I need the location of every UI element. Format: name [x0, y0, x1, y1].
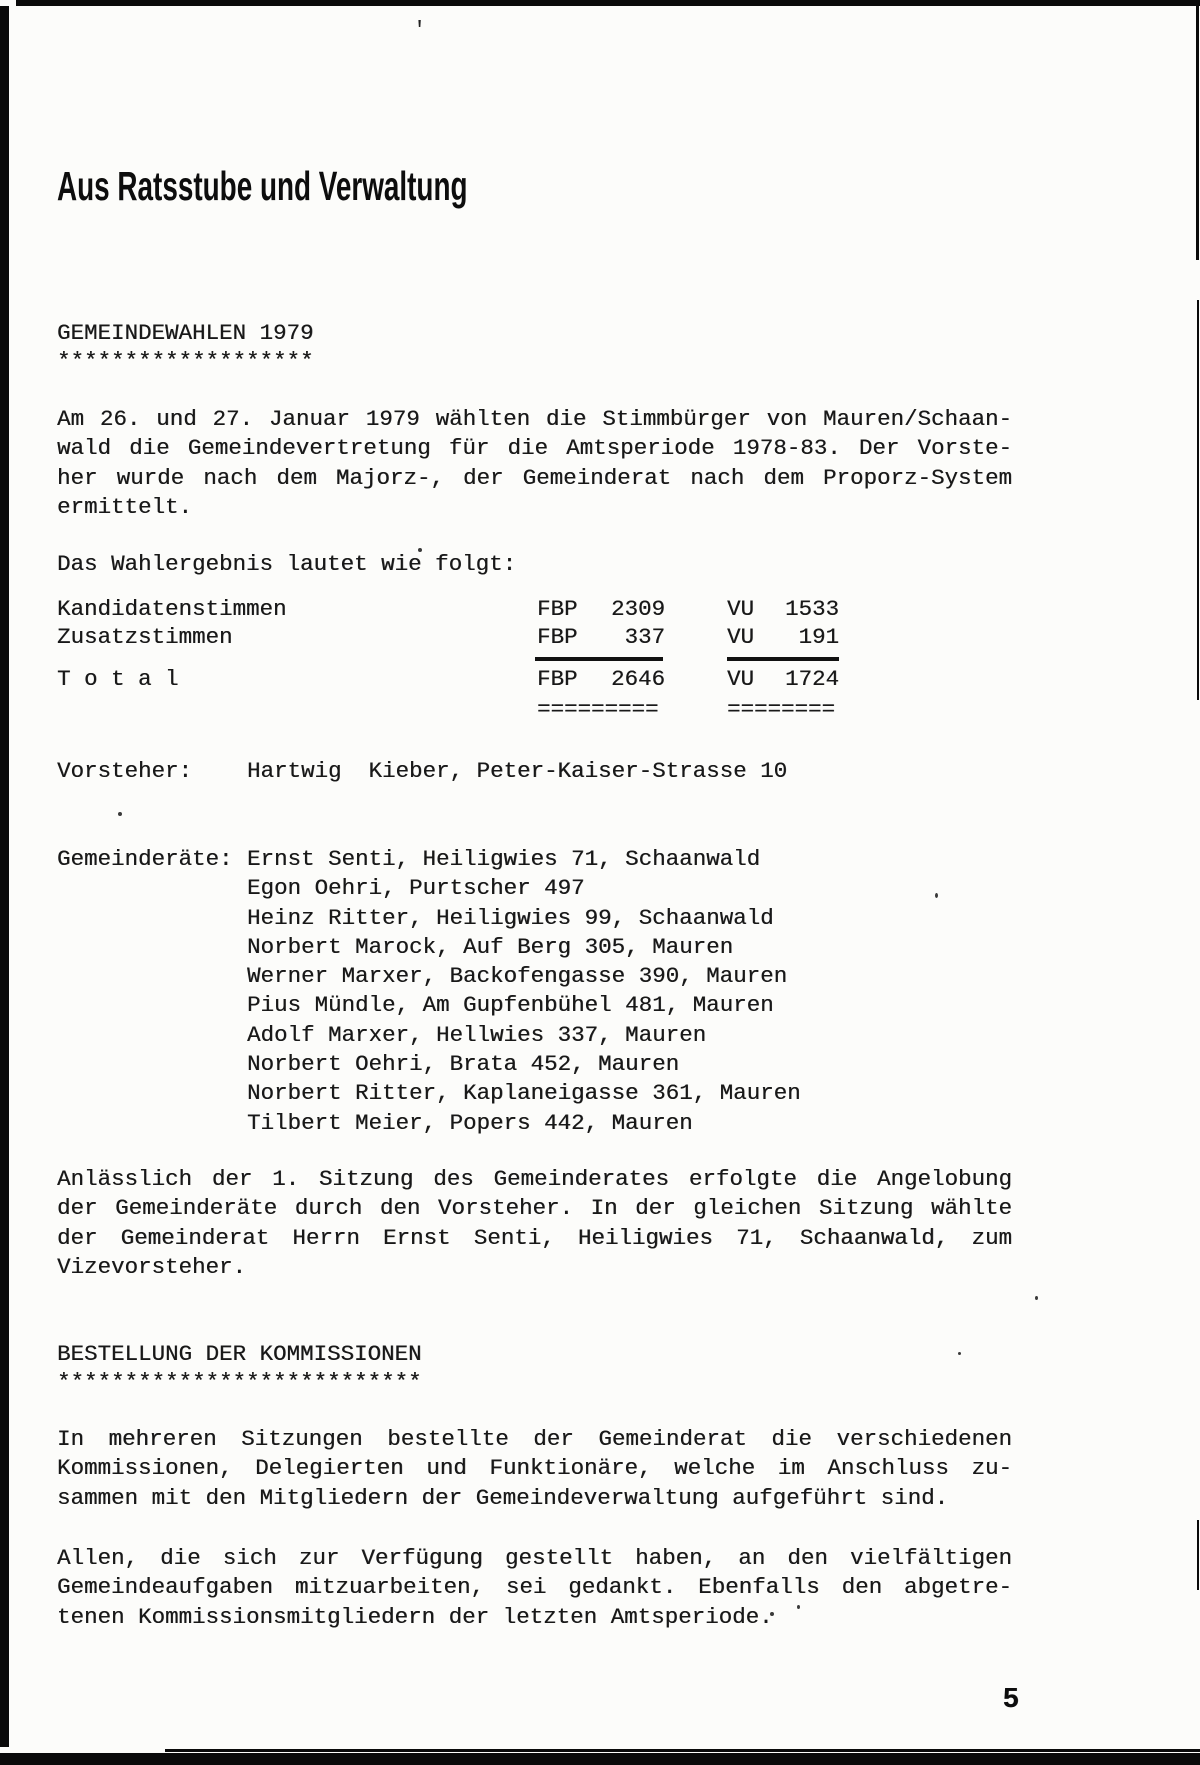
results-caption: Das Wahlergebnis lautet wie folgt: — [57, 550, 1012, 579]
table-row: Zusatzstimmen FBP 337 VU 191 — [57, 623, 1012, 652]
table-row: Kandidatenstimmen FBP 2309 VU 1533 — [57, 595, 1012, 624]
paragraph-line: Anlässlich der 1. Sitzung des Gemeindera… — [57, 1165, 1012, 1194]
council-row: Egon Oehri, Purtscher 497 — [57, 874, 1012, 903]
council-section: Gemeinderäte: Ernst Senti, Heiligwies 71… — [57, 845, 1012, 1138]
council-row: Gemeinderäte: Ernst Senti, Heiligwies 71… — [57, 845, 1012, 874]
paragraph-line: Vizevorsteher. — [57, 1253, 1012, 1282]
section-election-heading: GEMEINDEWAHLEN 1979 ******************* — [57, 319, 1012, 375]
section-heading-underline: *************************** — [57, 1368, 1012, 1396]
vorsteher-section: Vorsteher: Hartwig Kieber, Peter-Kaiser-… — [57, 757, 1012, 786]
council-row: Norbert Marock, Auf Berg 305, Mauren — [57, 933, 1012, 962]
vu-cell: VU 1724 — [727, 665, 839, 694]
paragraph-line: der Gemeinderäte durch den Vorsteher. In… — [57, 1194, 1012, 1223]
council-member: Norbert Ritter, Kaplaneigasse 361, Maure… — [247, 1079, 801, 1108]
page-border-right — [1197, 300, 1199, 700]
council-member: Tilbert Meier, Popers 442, Mauren — [247, 1109, 693, 1138]
section-commissions-heading: BESTELLUNG DER KOMMISSIONEN ************… — [57, 1340, 1012, 1396]
fbp-cell: FBP 2646 — [537, 665, 665, 694]
paragraph-line: Allen, die sich zur Verfügung gestellt h… — [57, 1544, 1012, 1573]
double-rule-vu: ======== — [727, 695, 835, 724]
vu-cell: VU 191 — [727, 623, 839, 652]
council-row: Adolf Marxer, Hellwies 337, Mauren — [57, 1021, 1012, 1050]
paragraph-line: sammen mit den Mitgliedern der Gemeindev… — [57, 1484, 1012, 1513]
party-code: FBP — [537, 623, 578, 652]
paragraph-line: Gemeindeaufgaben mitzuarbeiten, sei geda… — [57, 1573, 1012, 1602]
row-label: T o t a l — [57, 665, 179, 694]
vote-count: 2646 — [611, 665, 665, 694]
council-member: Adolf Marxer, Hellwies 337, Mauren — [247, 1021, 706, 1050]
vote-count: 337 — [624, 623, 665, 652]
vorsteher-name: Hartwig Kieber, Peter-Kaiser-Strasse 10 — [247, 757, 787, 786]
council-member: Norbert Oehri, Brata 452, Mauren — [247, 1050, 679, 1079]
council-member: Ernst Senti, Heiligwies 71, Schaanwald — [247, 845, 760, 874]
election-intro-paragraph: Am 26. und 27. Januar 1979 wählten die S… — [57, 405, 1012, 522]
page-border-top — [16, 0, 1200, 6]
fbp-cell: FBP 337 — [537, 623, 665, 652]
total-rule-vu — [727, 657, 839, 661]
fbp-cell: FBP 2309 — [537, 595, 665, 624]
council-member: Werner Marxer, Backofengasse 390, Mauren — [247, 962, 787, 991]
vorsteher-row: Vorsteher: Hartwig Kieber, Peter-Kaiser-… — [57, 757, 1012, 786]
party-code: VU — [727, 623, 754, 652]
page-border-bottom — [165, 1749, 1200, 1752]
council-member: Heinz Ritter, Heiligwies 99, Schaanwald — [247, 904, 774, 933]
paragraph-line: Am 26. und 27. Januar 1979 wählten die S… — [57, 405, 1012, 434]
council-row: Norbert Oehri, Brata 452, Mauren — [57, 1050, 1012, 1079]
paragraph-line: her wurde nach dem Majorz-, der Gemeinde… — [57, 464, 1012, 493]
commissions-paragraph-2: Allen, die sich zur Verfügung gestellt h… — [57, 1544, 1012, 1632]
council-member: Norbert Marock, Auf Berg 305, Mauren — [247, 933, 733, 962]
page-number: 5 — [1003, 1682, 1019, 1714]
vote-count: 1533 — [785, 595, 839, 624]
scan-stray-mark: ' — [413, 18, 426, 43]
page-border-left — [0, 6, 9, 1747]
party-code: VU — [727, 665, 754, 694]
council-row: Pius Mündle, Am Gupfenbühel 481, Mauren — [57, 991, 1012, 1020]
council-row: Norbert Ritter, Kaplaneigasse 361, Maure… — [57, 1079, 1012, 1108]
total-rule-fbp — [535, 657, 663, 661]
table-row-total: T o t a l FBP 2646 VU 1724 — [57, 665, 1012, 694]
scan-speck — [1035, 1296, 1038, 1300]
double-rule-fbp: ========= — [537, 695, 659, 724]
page-title: Aus Ratsstube und Verwaltung — [57, 164, 468, 208]
vote-count: 191 — [798, 623, 839, 652]
section-heading-text: GEMEINDEWAHLEN 1979 — [57, 319, 1012, 347]
council-label: Gemeinderäte: — [57, 845, 233, 874]
vorsteher-label: Vorsteher: — [57, 757, 192, 786]
scan-speck — [118, 812, 122, 816]
vote-count: 2309 — [611, 595, 665, 624]
party-code: VU — [727, 595, 754, 624]
paragraph-line: Kommissionen, Delegierten und Funktionär… — [57, 1454, 1012, 1483]
party-code: FBP — [537, 665, 578, 694]
paragraph-line: ermittelt. — [57, 493, 1012, 522]
row-label: Zusatzstimmen — [57, 623, 233, 652]
council-row: Tilbert Meier, Popers 442, Mauren — [57, 1109, 1012, 1138]
paragraph-line: der Gemeinderat Herrn Ernst Senti, Heili… — [57, 1224, 1012, 1253]
vote-count: 1724 — [785, 665, 839, 694]
page-border-right — [1197, 1520, 1199, 1590]
party-code: FBP — [537, 595, 578, 624]
row-label: Kandidatenstimmen — [57, 595, 287, 624]
section-heading-underline: ******************* — [57, 347, 1012, 375]
council-member: Pius Mündle, Am Gupfenbühel 481, Mauren — [247, 991, 774, 1020]
commissions-paragraph-1: In mehreren Sitzungen bestellte der Geme… — [57, 1425, 1012, 1513]
vu-cell: VU 1533 — [727, 595, 839, 624]
council-row: Heinz Ritter, Heiligwies 99, Schaanwald — [57, 904, 1012, 933]
oath-paragraph: Anlässlich der 1. Sitzung des Gemeindera… — [57, 1165, 1012, 1282]
council-row: Werner Marxer, Backofengasse 390, Mauren — [57, 962, 1012, 991]
page-border-right — [1196, 0, 1199, 260]
council-member: Egon Oehri, Purtscher 497 — [247, 874, 585, 903]
paragraph-line: In mehreren Sitzungen bestellte der Geme… — [57, 1425, 1012, 1454]
paragraph-line: wald die Gemeindevertretung für die Amts… — [57, 434, 1012, 463]
section-heading-text: BESTELLUNG DER KOMMISSIONEN — [57, 1340, 1012, 1368]
scanned-page: ' Aus Ratsstube und Verwaltung GEMEINDEW… — [0, 0, 1200, 1765]
paragraph-line: tenen Kommissionsmitgliedern der letzten… — [57, 1603, 1012, 1632]
page-border-bottom — [0, 1753, 1200, 1765]
